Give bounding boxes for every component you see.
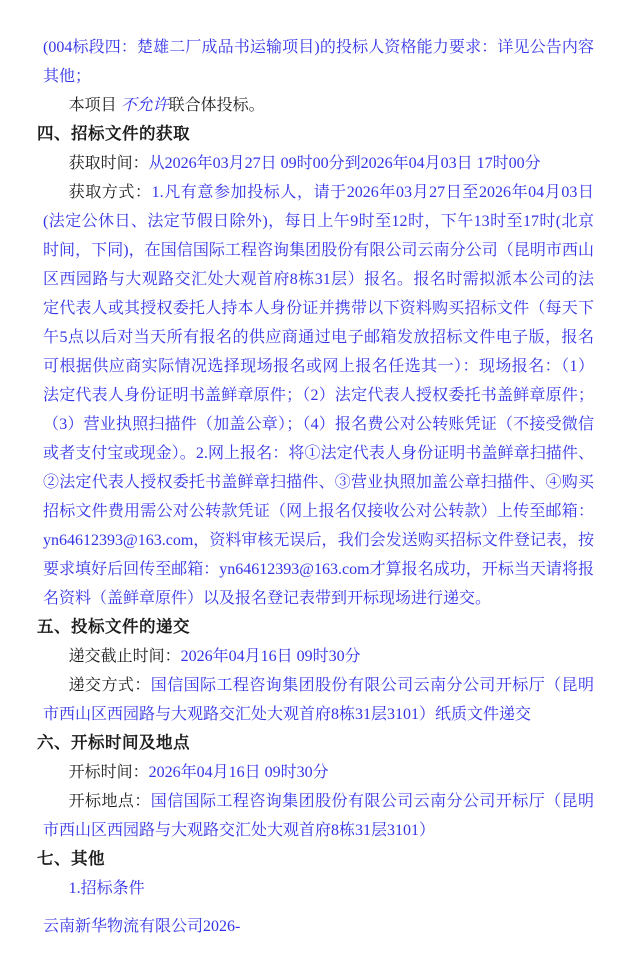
other-item-tender-conditions: 1.招标条件 — [37, 874, 594, 903]
acquisition-method: 获取方式：1.凡有意参加投标人，请于2026年03月27日至2026年04月03… — [37, 178, 594, 613]
submission-method: 递交方式：国信国际工程咨询集团股份有限公司云南分公司开标厅（昆明市西山区西园路与… — [37, 671, 594, 729]
field-value: 2026年04月16日 09时30分 — [181, 648, 361, 665]
document-body: (004标段四：楚雄二厂成品书运输项目)的投标人资格能力要求：详见公告内容其他；… — [37, 33, 594, 941]
submission-deadline: 递交截止时间：2026年04月16日 09时30分 — [37, 642, 594, 671]
field-label: 开标地点： — [69, 793, 151, 810]
not-allowed-emphasis: 不允许 — [121, 97, 169, 114]
field-value: 从2026年03月27日 09时00分到2026年04月03日 17时00分 — [149, 155, 541, 172]
qualification-note: (004标段四：楚雄二厂成品书运输项目)的投标人资格能力要求：详见公告内容其他； — [37, 33, 594, 91]
company-name-text: 云南新华物流有限公司2026- — [43, 918, 240, 935]
list-item-text: 1.招标条件 — [69, 880, 145, 897]
acquisition-time: 获取时间：从2026年03月27日 09时00分到2026年04月03日 17时… — [37, 149, 594, 178]
joint-bid-statement: 本项目 不允许联合体投标。 — [37, 91, 594, 120]
field-label: 递交截止时间： — [69, 648, 181, 665]
field-label: 获取方式： — [69, 184, 152, 201]
statement-suffix: 联合体投标。 — [169, 97, 265, 114]
field-label: 获取时间： — [69, 155, 149, 172]
field-label: 递交方式： — [69, 677, 151, 694]
announcement-page: (004标段四：楚雄二厂成品书运输项目)的投标人资格能力要求：详见公告内容其他；… — [0, 0, 624, 969]
opening-location: 开标地点：国信国际工程咨询集团股份有限公司云南分公司开标厅（昆明市西山区西园路与… — [37, 787, 594, 845]
opening-time: 开标时间：2026年04月16日 09时30分 — [37, 758, 594, 787]
field-value: 2026年04月16日 09时30分 — [149, 764, 329, 781]
statement-prefix: 本项目 — [69, 97, 121, 114]
section-heading-doc-acquisition: 四、招标文件的获取 — [37, 120, 594, 149]
qualification-note-text: (004标段四：楚雄二厂成品书运输项目)的投标人资格能力要求：详见公告内容其他； — [43, 39, 594, 85]
section-heading-bid-opening: 六、开标时间及地点 — [37, 729, 594, 758]
field-label: 开标时间： — [69, 764, 149, 781]
section-heading-other: 七、其他 — [37, 845, 594, 874]
section-heading-bid-submission: 五、投标文件的递交 — [37, 613, 594, 642]
field-value: 1.凡有意参加投标人，请于2026年03月27日至2026年04月03日(法定公… — [43, 184, 594, 607]
company-footer: 云南新华物流有限公司2026- — [37, 912, 594, 941]
